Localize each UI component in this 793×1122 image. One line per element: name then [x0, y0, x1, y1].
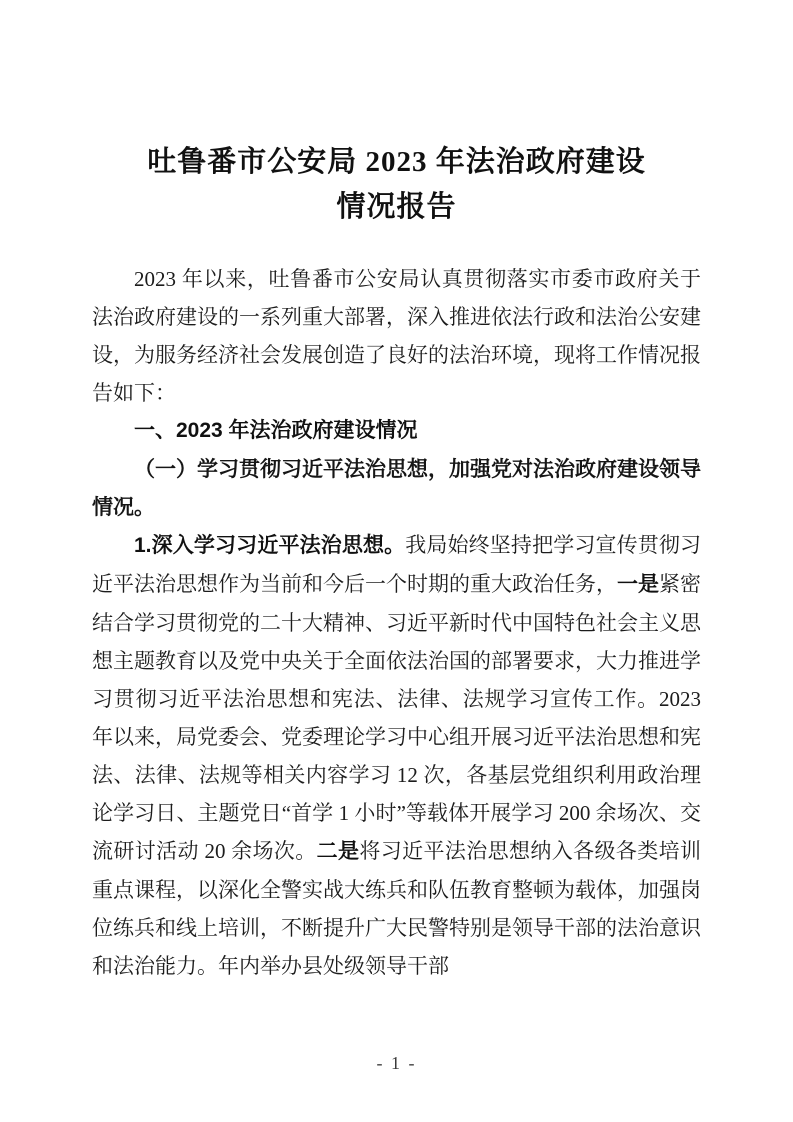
point-1-marker-yishi: 一是 [617, 573, 659, 596]
point-1-lead-in: 1.深入学习习近平法治思想。 [134, 534, 405, 557]
page-number: - 1 - [0, 1053, 793, 1074]
document-title-line1: 吐鲁番市公安局 2023 年法治政府建设 [92, 140, 701, 185]
point-1-text-b: 紧密结合学习贯彻党的二十大精神、习近平新时代中国特色社会主义思想主题教育以及党中… [92, 572, 701, 863]
section-1-heading: 一、2023 年法治政府建设情况 [92, 412, 701, 450]
document-title: 吐鲁番市公安局 2023 年法治政府建设 情况报告 [92, 140, 701, 230]
point-1-paragraph: 1.深入学习习近平法治思想。我局始终坚持把学习宣传贯彻习近平法治思想作为当前和今… [92, 526, 701, 985]
intro-paragraph: 2023 年以来，吐鲁番市公安局认真贯彻落实市委市政府关于法治政府建设的一系列重… [92, 260, 701, 412]
document-title-line2: 情况报告 [92, 185, 701, 230]
point-1-marker-ershi: 二是 [317, 840, 360, 863]
document-page: 吐鲁番市公安局 2023 年法治政府建设 情况报告 2023 年以来，吐鲁番市公… [0, 0, 793, 1122]
subsection-1-1-heading: （一）学习贯彻习近平法治思想，加强党对法治政府建设领导情况。 [92, 450, 701, 526]
